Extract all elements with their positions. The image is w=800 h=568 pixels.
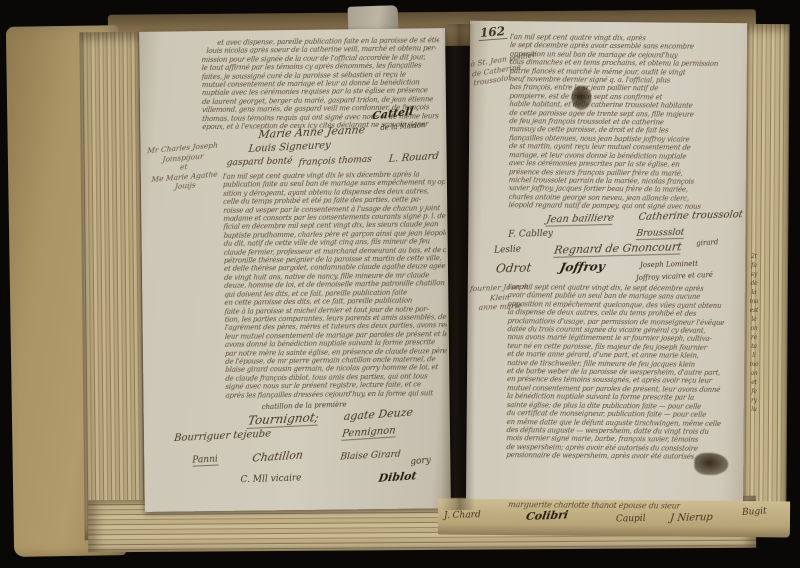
handwritten-line: est: [746, 306, 762, 315]
signature: de la Marion: [380, 121, 426, 132]
handwritten-line: ry: [746, 396, 762, 405]
signature: Joseph Lominett: [640, 260, 698, 270]
signature: Bugit: [742, 506, 767, 517]
signature: Caupil: [616, 514, 646, 525]
signature: gaspard bonté: [226, 156, 293, 168]
signature: françois thomas: [298, 155, 372, 168]
left-entry2-text: l'an mil sept cent quatre vingt dix le s…: [223, 170, 448, 400]
stacked-page-edges-left: [79, 32, 148, 541]
signature: Joffroy: [558, 259, 606, 274]
handwritten-line: sy: [746, 270, 762, 279]
signature: Pennignon: [341, 425, 396, 441]
handwritten-line: 2t: [746, 252, 762, 261]
signature: agate Deuze: [343, 406, 414, 424]
signature: L. Rouard: [388, 151, 439, 165]
signature: Odrot: [495, 261, 532, 276]
fore-edge-text-fragments: 2tfasydelamaestleonretalimoanetferylu: [746, 252, 762, 422]
signature: J. Chard: [444, 510, 481, 521]
underlying-page-strip: marguerite charlotte thanot épouse du si…: [438, 498, 790, 537]
archive-scan: et avec dispense, pareille publication f…: [0, 0, 800, 568]
ink-smudge: [694, 453, 728, 475]
handwritten-line: de: [746, 279, 762, 288]
handwritten-line: an: [746, 369, 762, 378]
handwritten-line: le: [746, 315, 762, 324]
signature: J Nierup: [669, 512, 713, 524]
signature: C. Mll vicaire: [240, 473, 301, 485]
signature: girard: [696, 238, 719, 247]
signature: Regnard de Gnoncourt: [553, 240, 683, 257]
handwritten-line: la: [746, 288, 762, 297]
signature: Bourriguer tejeube: [174, 429, 272, 445]
signature: Broussslot: [636, 228, 685, 240]
handwritten-line: et: [746, 378, 762, 387]
handwritten-line: ma: [746, 297, 762, 306]
handwritten-line: on: [746, 324, 762, 333]
left-entry2-margin-note: Mr Charles JosephJoinspijouretMe Marie A…: [147, 141, 221, 194]
signature: Leslie: [494, 245, 521, 256]
right-entry1-text: l'an mil sept cent quatre vingt dix, apr…: [508, 33, 742, 212]
handwritten-line: mo: [746, 360, 762, 369]
signature: Panni: [192, 455, 218, 467]
signature: Joffroy vicaire et curé: [636, 271, 713, 282]
manuscript-page-right: 162 à St. Jean paillierde Catherinetrous…: [466, 21, 747, 509]
signature: Diblot: [378, 469, 418, 485]
handwritten-line: fe: [746, 387, 762, 396]
signature: gory: [410, 456, 431, 468]
signature: F. Cablley: [508, 229, 553, 240]
signature: Blaise Girard: [340, 450, 401, 463]
handwritten-line: ta: [746, 342, 762, 351]
signature: Jean bailliere: [545, 213, 614, 227]
page-number: 162: [477, 24, 507, 41]
signature: chatillon de la première: [262, 401, 347, 412]
signature: Chatillon: [251, 449, 304, 465]
handwritten-line: lu: [746, 405, 762, 414]
handwritten-line: fa: [746, 261, 762, 270]
right-entry2-text: l'an mil sept cent quatre vingt dix, le …: [506, 283, 740, 462]
handwritten-line: re: [746, 333, 762, 342]
signature: Colibri: [525, 508, 569, 523]
handwritten-line: li: [746, 351, 762, 360]
signature: Tournignot;: [247, 410, 320, 428]
ink-blot: [571, 86, 591, 110]
manuscript-page-left: et avec dispense, pareille publication f…: [139, 28, 451, 512]
signature: Louis Signeurey: [248, 140, 331, 155]
signature: Catherine troussolot: [638, 209, 744, 223]
